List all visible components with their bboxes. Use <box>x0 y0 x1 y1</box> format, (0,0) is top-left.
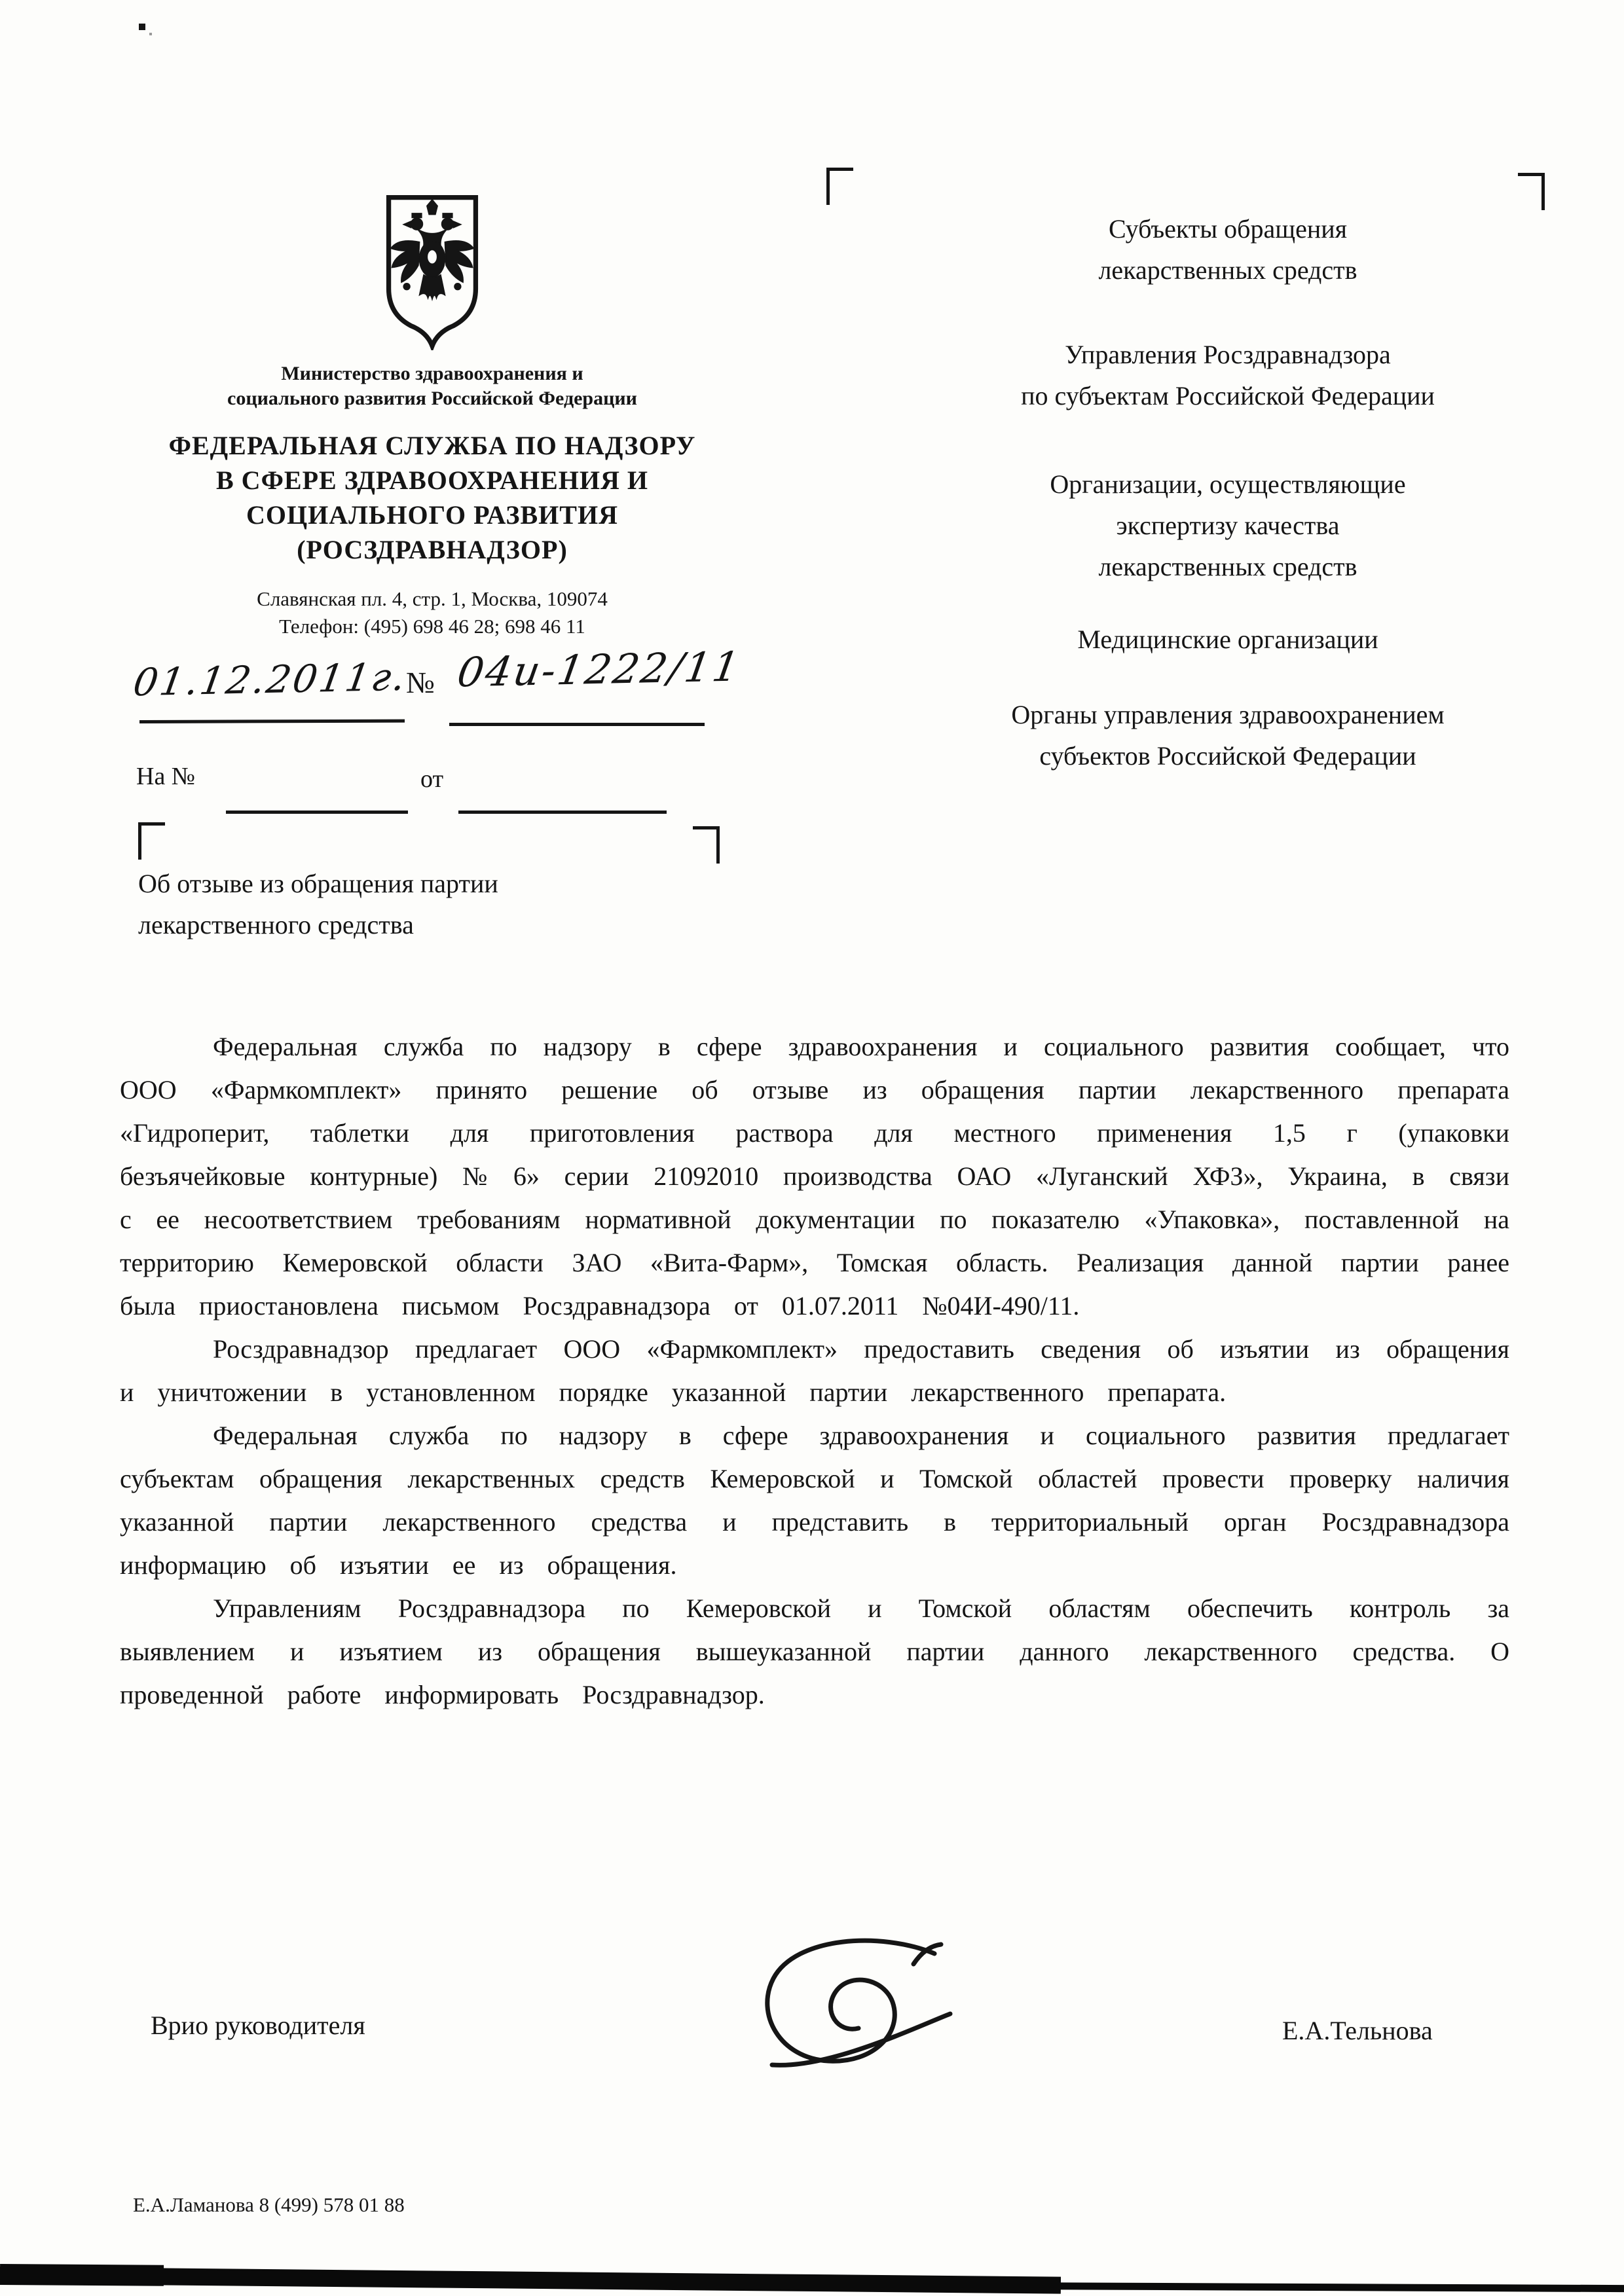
ministry-name-line: социального развития Российской Федераци… <box>118 386 747 411</box>
scan-speck <box>139 24 145 30</box>
service-name: ФЕДЕРАЛЬНАЯ СЛУЖБА ПО НАДЗОРУ В СФЕРЕ ЗД… <box>118 428 747 567</box>
corner-mark-top-right <box>1518 173 1545 210</box>
postal-address: Славянская пл. 4, стр. 1, Москва, 109074 <box>118 585 747 613</box>
addressee-item: Управления Росздравнадзора по субъектам … <box>897 334 1559 416</box>
addressee-line: Медицинские организации <box>897 619 1559 660</box>
executor-contact: Е.А.Ламанова 8 (499) 578 01 88 <box>133 2193 405 2217</box>
body-paragraph: Федеральная служба по надзору в сфере зд… <box>120 1414 1509 1587</box>
letter-body: Федеральная служба по надзору в сфере зд… <box>120 1025 1509 1717</box>
addressee-item: Субъекты обращения лекарственных средств <box>897 208 1559 291</box>
reply-date-label: от <box>420 765 443 793</box>
addressee-line: Управления Росздравнадзора <box>897 334 1559 375</box>
service-name-line: (РОСЗДРАВНАДЗОР) <box>118 532 747 567</box>
addressee-line: субъектов Российской Федерации <box>897 735 1559 776</box>
date-underline <box>139 720 405 723</box>
postal-address-block: Славянская пл. 4, стр. 1, Москва, 109074… <box>118 585 747 640</box>
addressee-line: Органы управления здравоохранением <box>897 694 1559 735</box>
scan-bottom-strip <box>0 2267 1061 2294</box>
body-paragraph: Росздравнадзор предлагает ООО «Фармкомпл… <box>120 1328 1509 1414</box>
body-paragraph: Управлениям Росздравнадзора по Кемеровск… <box>120 1587 1509 1717</box>
addressee-item: Организации, осуществляющие экспертизу к… <box>897 464 1559 587</box>
outgoing-number-handwritten: 04и-1222/11 <box>454 643 745 697</box>
service-name-line: ФЕДЕРАЛЬНАЯ СЛУЖБА ПО НАДЗОРУ <box>118 428 747 463</box>
corner-mark-subject-right <box>693 826 720 864</box>
scan-bottom-strip <box>1008 2282 1624 2292</box>
subject-line: лекарственного средства <box>138 904 728 945</box>
scan-speck <box>149 33 152 35</box>
addressee-list: Субъекты обращения лекарственных средств… <box>897 208 1559 820</box>
addressee-line: лекарственных средств <box>897 249 1559 291</box>
addressee-line: лекарственных средств <box>897 546 1559 587</box>
number-sign: № <box>406 665 435 700</box>
corner-mark-top-left <box>826 168 853 205</box>
sender-letterhead: Министерство здравоохранения и социально… <box>118 193 747 640</box>
ministry-name: Министерство здравоохранения и социально… <box>118 361 747 411</box>
service-name-line: В СФЕРЕ ЗДРАВООХРАНЕНИЯ И <box>118 463 747 498</box>
phone-line: Телефон: (495) 698 46 28; 698 46 11 <box>118 613 747 640</box>
corner-mark-subject-left <box>138 822 165 860</box>
addressee-item: Органы управления здравоохранением субъе… <box>897 694 1559 776</box>
russia-coat-of-arms-icon <box>379 193 485 354</box>
service-name-line: СОЦИАЛЬНОГО РАЗВИТИЯ <box>118 498 747 532</box>
addressee-line: экспертизу качества <box>897 505 1559 546</box>
subject-line: Об отзыве из обращения партии <box>138 863 728 904</box>
reply-to-number-label: На № <box>136 762 195 791</box>
addressee-line: Организации, осуществляющие <box>897 464 1559 505</box>
number-underline <box>449 723 705 726</box>
body-paragraph: Федеральная служба по надзору в сфере зд… <box>120 1025 1509 1328</box>
reply-number-underline <box>226 811 408 814</box>
scanned-letter-page: Министерство здравоохранения и социально… <box>0 0 1624 2296</box>
ministry-name-line: Министерство здравоохранения и <box>118 361 747 386</box>
addressee-item: Медицинские организации <box>897 619 1559 660</box>
signer-name: Е.А.Тельнова <box>1282 2015 1433 2046</box>
addressee-line: по субъектам Российской Федерации <box>897 375 1559 416</box>
subject: Об отзыве из обращения партии лекарствен… <box>138 863 728 945</box>
addressee-line: Субъекты обращения <box>897 208 1559 249</box>
signer-title: Врио руководителя <box>151 2010 365 2041</box>
handwritten-signature-icon <box>717 1930 966 2090</box>
reply-date-underline <box>458 811 667 814</box>
outgoing-date-handwritten: 01.12.2011г. <box>130 655 411 705</box>
